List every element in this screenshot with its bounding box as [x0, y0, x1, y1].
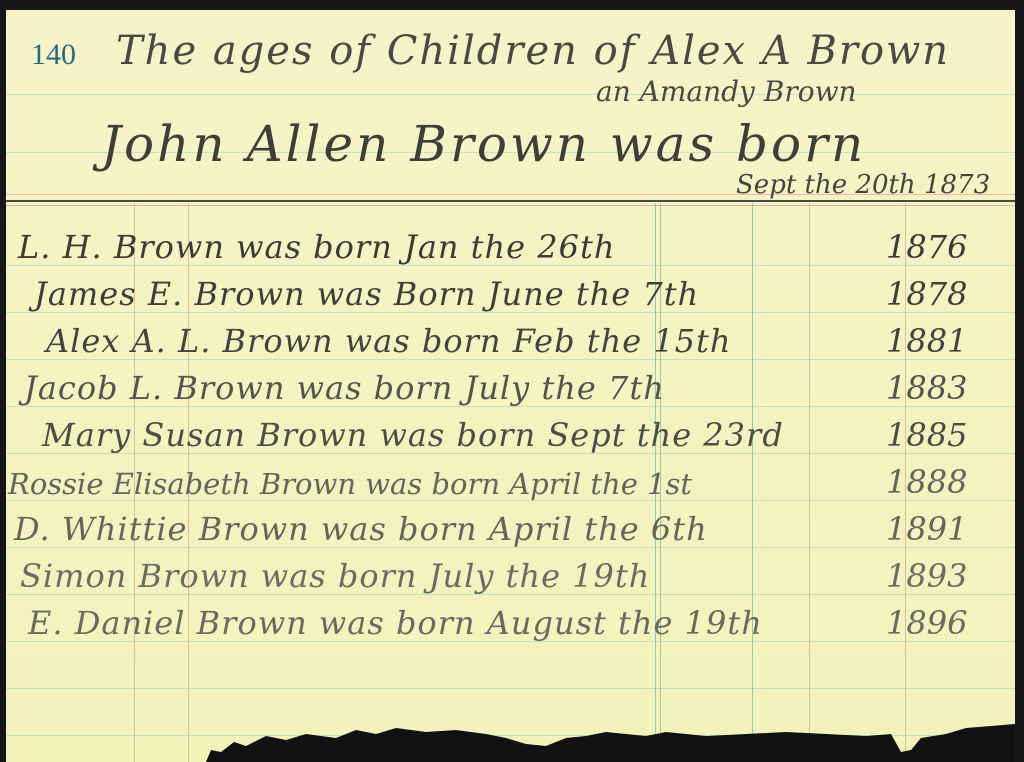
ruled-line [6, 688, 1015, 689]
birth-entry: James E. Brown was Born June the 7th 187… [6, 269, 1015, 315]
entry-text: Mary Susan Brown was born Sept the 23rd [42, 416, 784, 454]
first-child-entry: John Allen Brown was born [101, 115, 866, 173]
entry-year: 1885 [886, 416, 967, 454]
birth-entry: Simon Brown was born July the 19th 1893 [6, 551, 1015, 597]
entry-year: 1878 [886, 275, 967, 313]
entry-year: 1896 [886, 604, 967, 642]
entry-text: Rossie Elisabeth Brown was born April th… [8, 467, 692, 501]
entry-text: L. H. Brown was born Jan the 26th [18, 228, 615, 266]
entry-text: Jacob L. Brown was born July the 7th [24, 369, 665, 407]
first-child-date: Sept the 20th 1873 [736, 170, 990, 200]
entry-year: 1881 [886, 322, 967, 360]
entry-year: 1891 [886, 510, 967, 548]
main-rule [6, 200, 1015, 206]
birth-entry: Mary Susan Brown was born Sept the 23rd … [6, 410, 1015, 456]
birth-entry: L. H. Brown was born Jan the 26th 1876 [6, 222, 1015, 268]
entry-year: 1888 [886, 463, 967, 501]
entry-year: 1883 [886, 369, 967, 407]
entry-year: 1893 [886, 557, 967, 595]
entry-text: D. Whittie Brown was born April the 6th [14, 510, 708, 548]
title-line-2: an Amandy Brown [596, 75, 857, 108]
birth-entry: E. Daniel Brown was born August the 19th… [6, 598, 1015, 644]
birth-entry: D. Whittie Brown was born April the 6th … [6, 504, 1015, 550]
entry-text: James E. Brown was Born June the 7th [34, 275, 699, 313]
ruled-line [6, 94, 1015, 95]
birth-entry: Jacob L. Brown was born July the 7th 188… [6, 363, 1015, 409]
title-line-1: The ages of Children of Alex A Brown [116, 28, 950, 74]
entry-year: 1876 [886, 228, 967, 266]
birth-entry: Rossie Elisabeth Brown was born April th… [6, 457, 1015, 503]
entry-text: Simon Brown was born July the 19th [20, 557, 650, 595]
torn-edge [6, 722, 1015, 762]
entry-text: E. Daniel Brown was born August the 19th [28, 604, 763, 642]
page-number: 140 [31, 38, 76, 72]
ledger-page: 140 The ages of Children of Alex A Brown… [6, 10, 1015, 762]
birth-entry: Alex A. L. Brown was born Feb the 15th 1… [6, 316, 1015, 362]
entry-text: Alex A. L. Brown was born Feb the 15th [46, 322, 732, 360]
